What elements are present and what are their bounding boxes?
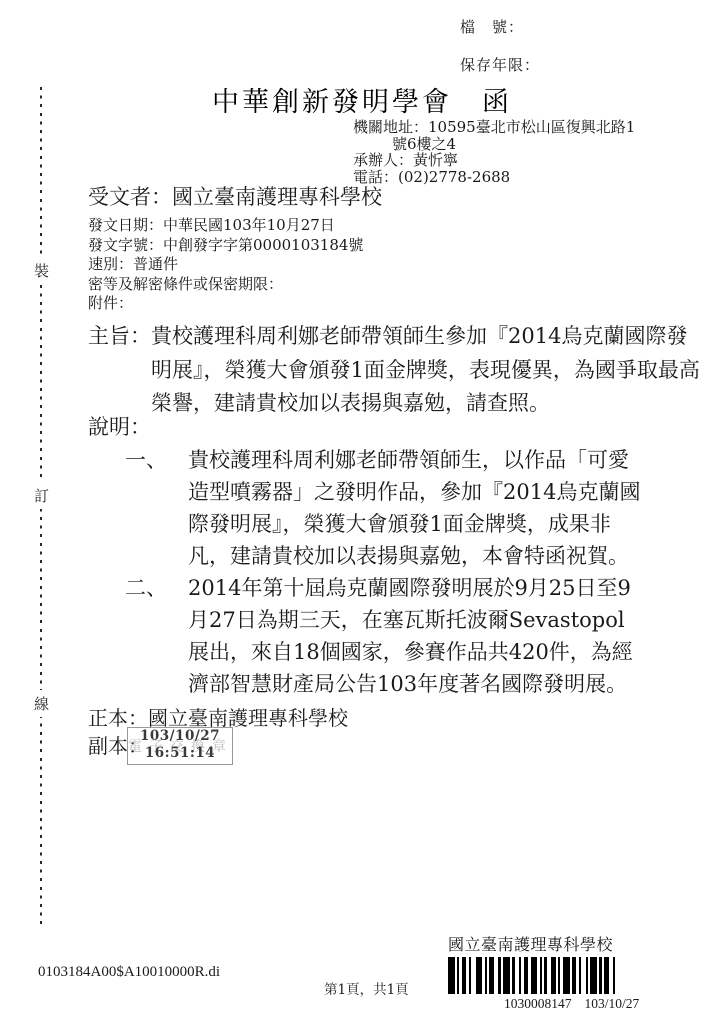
explanation-item-1: 一、貴校護理科周利娜老師帶領師生，以作品「可愛造型噴霧器」之發明作品，參加『20… — [88, 444, 644, 572]
barcode-bar — [590, 957, 597, 994]
document-id: 0103184A00$A10010000R.di — [38, 964, 220, 981]
meta-doc-number: 發文字號：中創發字字第0000103184號 — [88, 236, 363, 256]
meta-speed: 速別：普通件 — [88, 255, 363, 275]
explanation-item-2: 二、2014年第十屆烏克蘭國際發明展於9月25日至9月27日為期三天，在塞瓦斯托… — [88, 572, 644, 700]
sender-info-block: 機關地址：10595臺北市松山區復興北路1 號6樓之4 承辦人：黃忻寧 電話：(… — [353, 119, 635, 185]
meta-attachment: 附件： — [88, 294, 363, 314]
barcode-bar — [531, 957, 538, 994]
stamp-date: 103/10/27 — [128, 728, 232, 745]
binding-char-zhuang: 裝 — [33, 257, 50, 284]
barcode-bar — [503, 957, 510, 994]
item-2-number: 二、 — [125, 572, 188, 604]
meta-issue-date: 發文日期：中華民國103年10月27日 — [88, 216, 363, 236]
file-number-label: 檔 號： — [460, 16, 524, 37]
barcode-school-name: 國立臺南護理專科學校 — [448, 932, 624, 955]
barcode-bar — [448, 957, 455, 994]
page-number: 第1頁，共1頁 — [324, 978, 409, 998]
item-1-text: 貴校護理科周利娜老師帶領師生，以作品「可愛造型噴霧器」之發明作品，參加『2014… — [188, 448, 640, 568]
stamp-time: 16:51:14 — [128, 745, 232, 762]
sender-address-line1: 機關地址：10595臺北市松山區復興北路1 — [353, 119, 635, 136]
meta-block: 發文日期：中華民國103年10月27日 發文字號：中創發字字第000010318… — [88, 216, 363, 314]
barcode-number: 1030008147 — [504, 996, 572, 1012]
item-2-text: 2014年第十屆烏克蘭國際發明展於9月25日至9月27日為期三天，在塞瓦斯托波爾… — [188, 576, 633, 696]
sender-address-line2: 號6樓之4 — [392, 136, 635, 153]
barcode-gap — [615, 957, 622, 994]
binding-char-xian: 線 — [33, 690, 50, 717]
document-title: 中華創新發明學會 函 — [0, 80, 724, 119]
barcode-bar — [563, 957, 570, 994]
sender-contact: 承辦人：黃忻寧 — [353, 152, 635, 169]
meta-security: 密等及解密條件或保密期限： — [88, 275, 363, 295]
retention-period-label: 保存年限： — [460, 54, 540, 75]
subject-text: 貴校護理科周利娜老師帶領師生參加『2014烏克蘭國際發明展』，榮獲大會頒發1面金… — [151, 324, 700, 415]
item-1-number: 一、 — [125, 444, 188, 476]
barcode-numbers: 1030008147 103/10/27 — [448, 996, 624, 1012]
recipient-barcode-block: 國立臺南護理專科學校 1030008147 103/10/27 — [448, 932, 624, 1012]
official-letter-page: 檔 號： 保存年限： 中華創新發明學會 函 機關地址：10595臺北市松山區復興… — [0, 0, 724, 1024]
explanation-label: 說明： — [88, 411, 151, 441]
binding-char-ding: 訂 — [33, 482, 50, 509]
subject-label: 主旨： — [88, 320, 151, 354]
sender-phone: 電話：(02)2778-2688 — [353, 169, 635, 186]
barcode-bar — [476, 957, 483, 994]
recipient-line: 受文者：國立臺南護理專科學校 — [88, 181, 382, 211]
explanation-items: 一、貴校護理科周利娜老師帶領師生，以作品「可愛造型噴霧器」之發明作品，參加『20… — [88, 444, 644, 700]
barcode — [448, 957, 622, 994]
barcode-date: 103/10/27 — [585, 996, 640, 1012]
subject-paragraph: 主旨：貴校護理科周利娜老師帶領師生參加『2014烏克蘭國際發明展』，榮獲大會頒發… — [88, 320, 703, 421]
electronic-exchange-stamp: 電子交換章 103/10/27 16:51:14 — [127, 727, 233, 765]
